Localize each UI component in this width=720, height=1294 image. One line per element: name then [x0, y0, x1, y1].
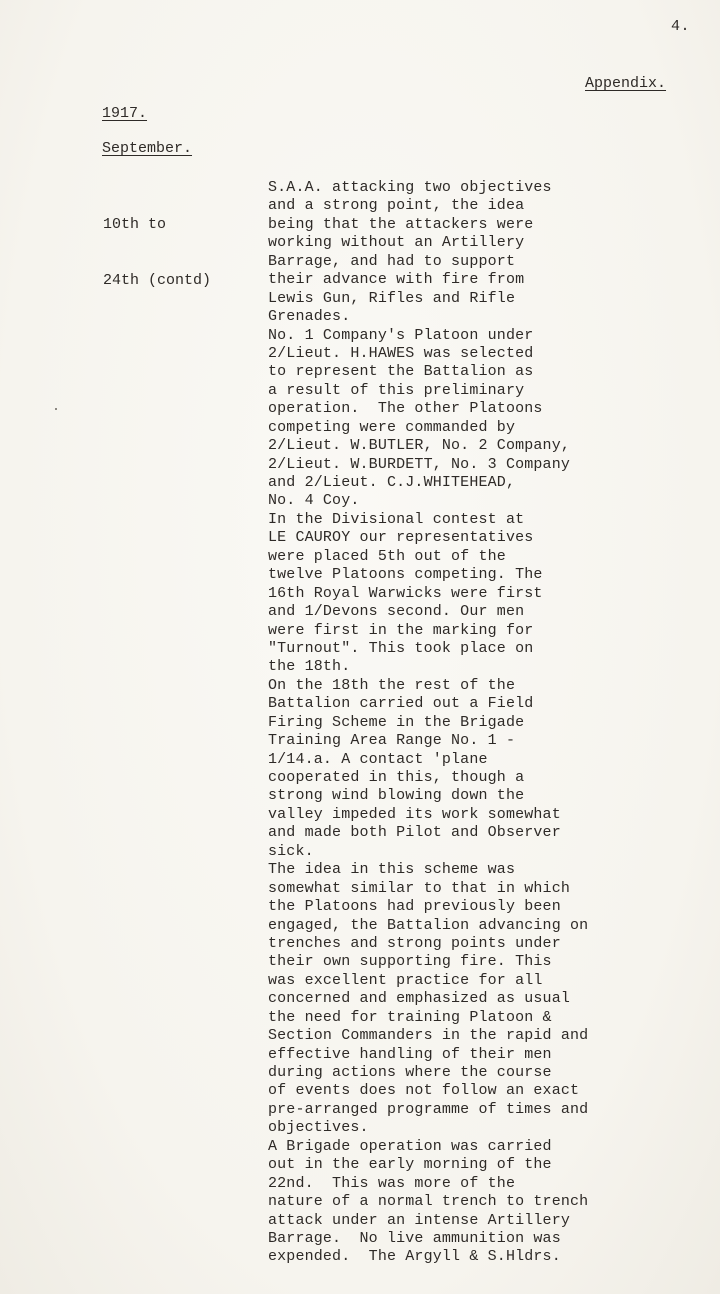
body-line: their own supporting fire. This	[268, 953, 588, 971]
body-line: nature of a normal trench to trench	[268, 1193, 588, 1211]
body-line: engaged, the Battalion advancing on	[268, 917, 588, 935]
body-line: effective handling of their men	[268, 1046, 588, 1064]
body-line: twelve Platoons competing. The	[268, 566, 588, 584]
body-line: Barrage. No live ammunition was	[268, 1230, 588, 1248]
body-line: Battalion carried out a Field	[268, 695, 588, 713]
body-line: No. 4 Coy.	[268, 492, 588, 510]
month-heading: September.	[102, 140, 192, 157]
body-line: a result of this preliminary	[268, 382, 588, 400]
body-line: being that the attackers were	[268, 216, 588, 234]
body-line: strong wind blowing down the	[268, 787, 588, 805]
body-line: competing were commanded by	[268, 419, 588, 437]
paper-speck	[55, 408, 57, 410]
body-line: the Platoons had previously been	[268, 898, 588, 916]
body-line: sick.	[268, 843, 588, 861]
date-line: 10th to	[103, 216, 211, 235]
body-line: were first in the marking for	[268, 622, 588, 640]
body-line: pre-arranged programme of times and	[268, 1101, 588, 1119]
body-line: The idea in this scheme was	[268, 861, 588, 879]
body-line: Lewis Gun, Rifles and Rifle	[268, 290, 588, 308]
body-line: Section Commanders in the rapid and	[268, 1027, 588, 1045]
body-line: A Brigade operation was carried	[268, 1138, 588, 1156]
body-line: expended. The Argyll & S.Hldrs.	[268, 1248, 588, 1266]
body-line: their advance with fire from	[268, 271, 588, 289]
body-line: No. 1 Company's Platoon under	[268, 327, 588, 345]
body-line: and 1/Devons second. Our men	[268, 603, 588, 621]
body-line: during actions where the course	[268, 1064, 588, 1082]
body-line: and 2/Lieut. C.J.WHITEHEAD,	[268, 474, 588, 492]
body-line: and a strong point, the idea	[268, 197, 588, 215]
body-line: of events does not follow an exact	[268, 1082, 588, 1100]
appendix-heading: Appendix.	[585, 75, 666, 92]
body-line: Firing Scheme in the Brigade	[268, 714, 588, 732]
body-line: cooperated in this, though a	[268, 769, 588, 787]
body-line: valley impeded its work somewhat	[268, 806, 588, 824]
body-line: 1/14.a. A contact 'plane	[268, 751, 588, 769]
document-page: 4. Appendix. 1917. September. 10th to 24…	[0, 0, 720, 1294]
body-line: trenches and strong points under	[268, 935, 588, 953]
page-number: 4.	[671, 18, 690, 35]
body-line: Grenades.	[268, 308, 588, 326]
body-line: working without an Artillery	[268, 234, 588, 252]
body-line: LE CAUROY our representatives	[268, 529, 588, 547]
entry-date-range: 10th to 24th (contd)	[103, 179, 211, 327]
body-line: the 18th.	[268, 658, 588, 676]
body-line: was excellent practice for all	[268, 972, 588, 990]
body-line: operation. The other Platoons	[268, 400, 588, 418]
body-line: to represent the Battalion as	[268, 363, 588, 381]
body-line: the need for training Platoon &	[268, 1009, 588, 1027]
body-line: "Turnout". This took place on	[268, 640, 588, 658]
body-line: On the 18th the rest of the	[268, 677, 588, 695]
body-line: In the Divisional contest at	[268, 511, 588, 529]
body-line: 2/Lieut. W.BURDETT, No. 3 Company	[268, 456, 588, 474]
year-heading: 1917.	[102, 105, 147, 122]
body-line: objectives.	[268, 1119, 588, 1137]
body-line: attack under an intense Artillery	[268, 1212, 588, 1230]
body-line: Barrage, and had to support	[268, 253, 588, 271]
body-line: were placed 5th out of the	[268, 548, 588, 566]
body-line: 2/Lieut. H.HAWES was selected	[268, 345, 588, 363]
date-line: 24th (contd)	[103, 272, 211, 291]
body-line: out in the early morning of the	[268, 1156, 588, 1174]
body-line: concerned and emphasized as usual	[268, 990, 588, 1008]
body-line: S.A.A. attacking two objectives	[268, 179, 588, 197]
body-line: 22nd. This was more of the	[268, 1175, 588, 1193]
body-line: 2/Lieut. W.BUTLER, No. 2 Company,	[268, 437, 588, 455]
entry-body-text: S.A.A. attacking two objectivesand a str…	[268, 179, 588, 1267]
body-line: Training Area Range No. 1 -	[268, 732, 588, 750]
body-line: 16th Royal Warwicks were first	[268, 585, 588, 603]
body-line: somewhat similar to that in which	[268, 880, 588, 898]
body-line: and made both Pilot and Observer	[268, 824, 588, 842]
